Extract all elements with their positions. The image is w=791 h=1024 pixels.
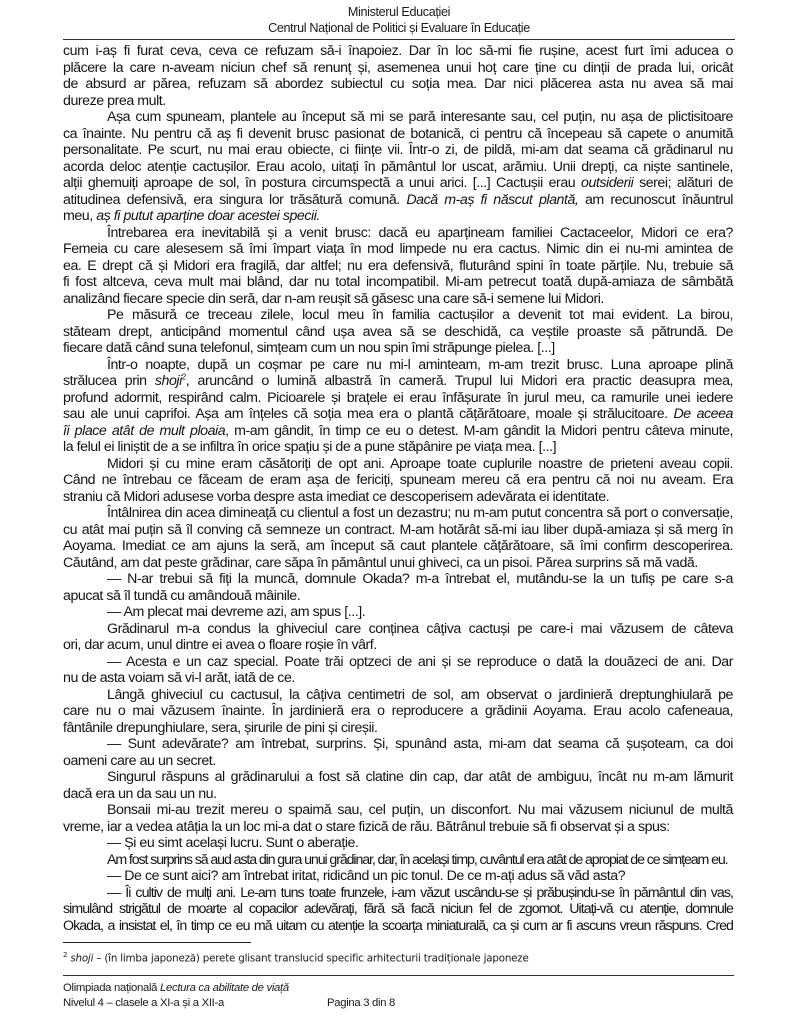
text-run: meu, (63, 208, 96, 224)
text-run: atitudinea defensivă, era singura lor tr… (63, 192, 406, 208)
text-line: stăteam drept, anticipând momentul când … (63, 324, 733, 341)
footer-divider (63, 975, 734, 976)
text-line: ea. E drept că și Midori era fragilă, da… (63, 258, 733, 275)
text-line: fântânile drepunghiulare, sera, șirurile… (63, 720, 733, 737)
text-line: fi fost altceva, ceva mult mai blând, da… (63, 274, 733, 291)
text-run: alții ghemuiți aproape de sol, în postur… (63, 175, 581, 191)
text-run: , m-am gândit, în timp ce eu o detest. M… (225, 423, 733, 439)
paragraph-start-line: — Am plecat mai devreme azi, am spus [..… (63, 604, 733, 621)
header-divider (63, 39, 735, 40)
footnote-marker: 2 (63, 951, 67, 959)
footnote: 2 shoji – (în limba japoneză) perete gli… (63, 951, 529, 964)
text-line: îi place atât de mult ploaia, m-am gândi… (63, 423, 733, 440)
footer-olympiad: Olimpiada națională Lectura ca abilitate… (63, 982, 289, 994)
text-line: fiecare dată când suna telefonul, simțea… (63, 340, 733, 357)
text-line: straniu că Midori adusese vorba despre a… (63, 489, 733, 506)
text-line: cu atât mai puțin să îl conving că semne… (63, 522, 733, 539)
paragraph-start-line: — De ce sunt aici? am întrebat iritat, r… (63, 868, 733, 885)
paragraph-start-line: Grădinarul m-a condus la ghiveciul care … (63, 621, 733, 638)
text-line: cum i-aș fi furat ceva, ceva ce refuzam … (63, 43, 733, 60)
text-run: sau ale unui caprifoi. Așa am înțeles că… (63, 406, 674, 422)
italic-run: outsiderii (581, 175, 633, 191)
text-line: acorda deloc atenție cactușilor. Erau ac… (63, 159, 733, 176)
text-line: vreme, iar a vedea atâția la un loc mi-a… (63, 819, 733, 836)
footnote-divider (63, 942, 251, 943)
text-line: de absurd ar părea, refuzam să abordez s… (63, 76, 733, 93)
italic-run: De aceea (674, 406, 734, 422)
text-run: strălucea prin (63, 373, 155, 389)
text-line: simulând strigătul de moarte al copacilo… (63, 901, 733, 918)
paragraph-start-line: — Îi cultiv de mulți ani. Le-am tuns toa… (63, 885, 733, 902)
text-line: nu de asta voiam să vi-l arăt, iată de c… (63, 670, 733, 687)
italic-run: shoji (155, 373, 182, 389)
text-line: care nu o mai văzusem înainte. În jardin… (63, 703, 733, 720)
footnote-text: – (în limba japoneză) perete glisant tra… (93, 952, 528, 964)
paragraph-start-line: Am fost surprins să aud asta din gura un… (63, 852, 733, 869)
italic-run: îi place atât de mult ploaia (63, 423, 225, 439)
italic-run: aș fi putut aparține doar acestei specii… (96, 208, 320, 224)
text-line: Okada, a insistat el, în timp ce eu mă u… (63, 918, 733, 935)
text-line: Femeia cu care alesesem să îmi împart vi… (63, 241, 733, 258)
paragraph-start-line: Bonsaii mi-au trezit mereu o spaimă sau,… (63, 802, 733, 819)
header-ministry: Ministerul Educației (63, 5, 735, 19)
document-page: Ministerul Educației Centrul Național de… (0, 0, 791, 1024)
text-line: atitudinea defensivă, era singura lor tr… (63, 192, 733, 209)
text-line: profund adormit, respirând calm. Picioar… (63, 390, 733, 407)
text-run: am recunoscut înăuntrul (578, 192, 733, 208)
text-run: serei; alături de (633, 175, 733, 191)
paragraph-start-line: Așa cum spuneam, plantele au început să … (63, 109, 733, 126)
text-line: ori, dar acum, unul dintre ei avea o flo… (63, 637, 733, 654)
text-line: sau ale unui caprifoi. Așa am înțeles că… (63, 406, 733, 423)
text-line: strălucea prin shoji2, aruncând o lumină… (63, 373, 733, 390)
text-line: Când ne întrebau ce făceam de eram așa d… (63, 472, 733, 489)
text-line: apucat să îl tundă cu amândouă mâinile. (63, 588, 733, 605)
paragraph-start-line: Midori și cu mine eram căsătoriți de opt… (63, 456, 733, 473)
text-run: , aruncând o lumină albastră în cameră. … (186, 373, 733, 389)
paragraph-start-line: Întâlnirea din acea dimineață cu clientu… (63, 505, 733, 522)
text-line: dacă era un da sau un nu. (63, 786, 733, 803)
paragraph-start-line: Singurul răspuns al grădinarului a fost … (63, 769, 733, 786)
text-line: oameni care au un secret. (63, 753, 733, 770)
footer-olympiad-title: Lectura ca abilitate de viață (160, 982, 289, 994)
text-line: ca înainte. Nu pentru că aș fi devenit b… (63, 126, 733, 143)
paragraph-start-line: — Sunt adevărate? am întrebat, surprins.… (63, 736, 733, 753)
text-line: Căutând, am dat peste grădinar, care săp… (63, 555, 733, 572)
paragraph-start-line: Pe măsură ce treceau zilele, locul meu î… (63, 307, 733, 324)
text-line: Aoyama. Imediat ce am ajuns la seră, am … (63, 538, 733, 555)
paragraph-start-line: — Acesta e un caz special. Poate trăi op… (63, 654, 733, 671)
italic-run: Dacă m-aș fi născut plantă, (406, 192, 578, 208)
text-line: dureze prea mult. (63, 93, 733, 110)
text-line: analizând fiecare specie din seră, dar n… (63, 291, 733, 308)
text-line: alții ghemuiți aproape de sol, în postur… (63, 175, 733, 192)
paragraph-start-line: Lângă ghiveciul cu cactusul, la câțiva c… (63, 687, 733, 704)
paragraph-start-line: — N-ar trebui să fiți la muncă, domnule … (63, 571, 733, 588)
paragraph-start-line: — Și eu simt același lucru. Sunt o abera… (63, 835, 733, 852)
paragraph-start-line: Întrebarea era inevitabilă și a venit br… (63, 225, 733, 242)
paragraph-start-line: Într-o noapte, după un coșmar pe care nu… (63, 357, 733, 374)
text-line: personalitate. Pe scurt, nu mai erau obi… (63, 142, 733, 159)
text-line: la felul ei liniștit de a se infiltra în… (63, 439, 733, 456)
page-number: Pagina 3 din 8 (327, 997, 395, 1009)
text-line: meu, aș fi putut aparține doar acestei s… (63, 208, 733, 225)
text-line: plăcere la care n-aveam niciun chef să r… (63, 60, 733, 77)
story-text: cum i-aș fi furat ceva, ceva ce refuzam … (63, 43, 733, 934)
footer-olympiad-label: Olimpiada națională (63, 982, 160, 994)
footnote-term: shoji (70, 952, 93, 964)
header-center: Centrul Național de Politici și Evaluare… (63, 21, 735, 35)
footer-level: Nivelul 4 – clasele a XI-a și a XII-a (63, 997, 224, 1009)
